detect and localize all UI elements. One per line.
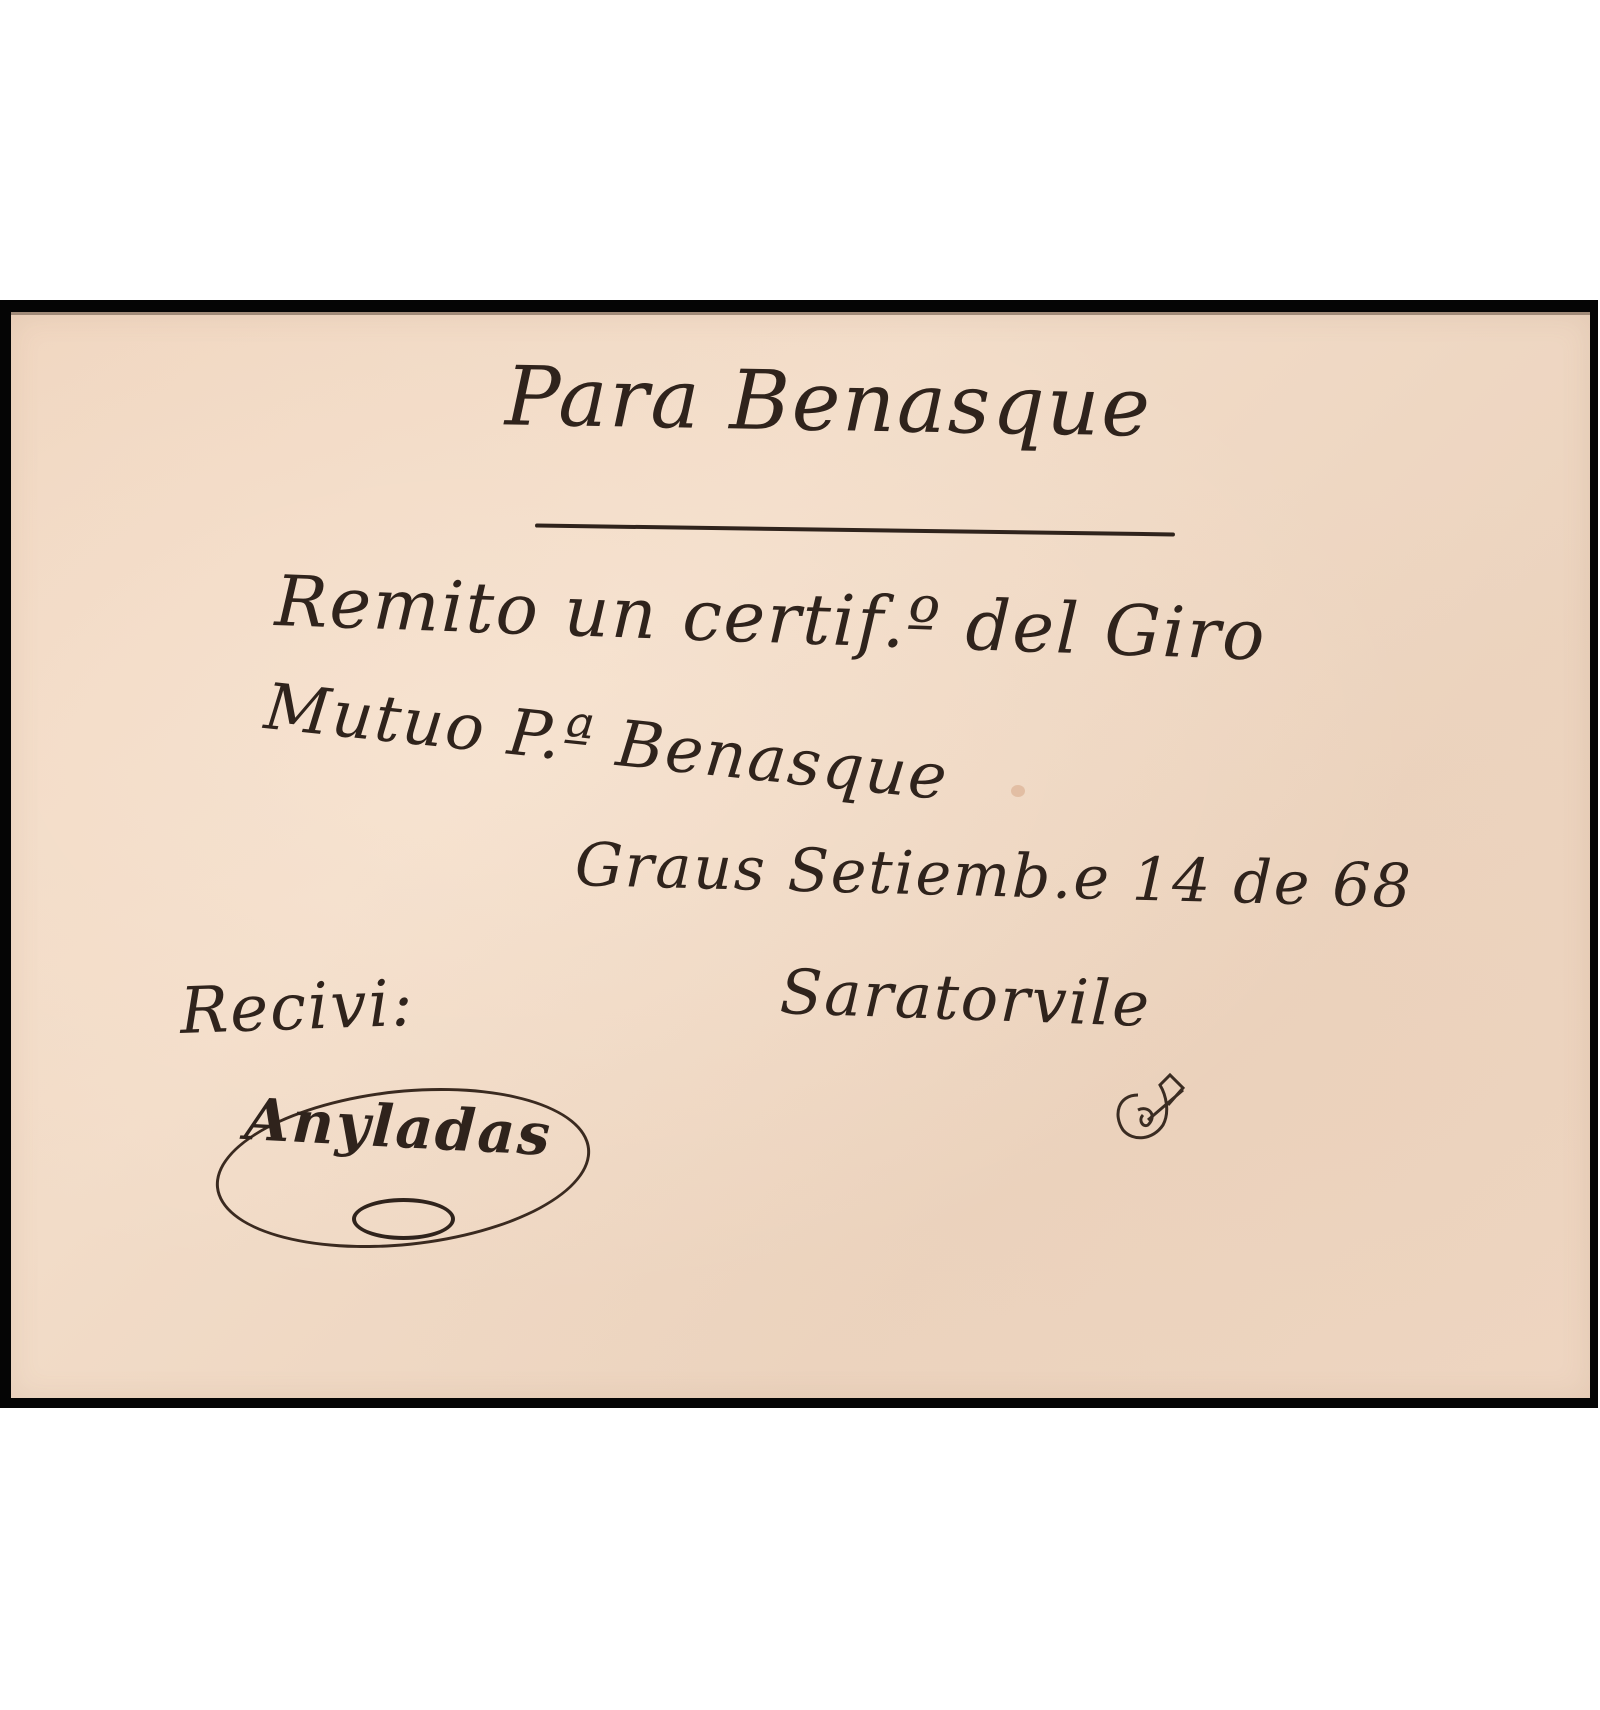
rubric-flourish-icon <box>1108 1070 1198 1150</box>
received-label: Recivi: <box>179 967 416 1049</box>
document-title: Para Benasque <box>504 349 1152 455</box>
sender-signature: Saratorvile <box>779 955 1153 1041</box>
signature-flourish <box>352 1198 455 1240</box>
foxing-spot <box>1011 785 1025 797</box>
